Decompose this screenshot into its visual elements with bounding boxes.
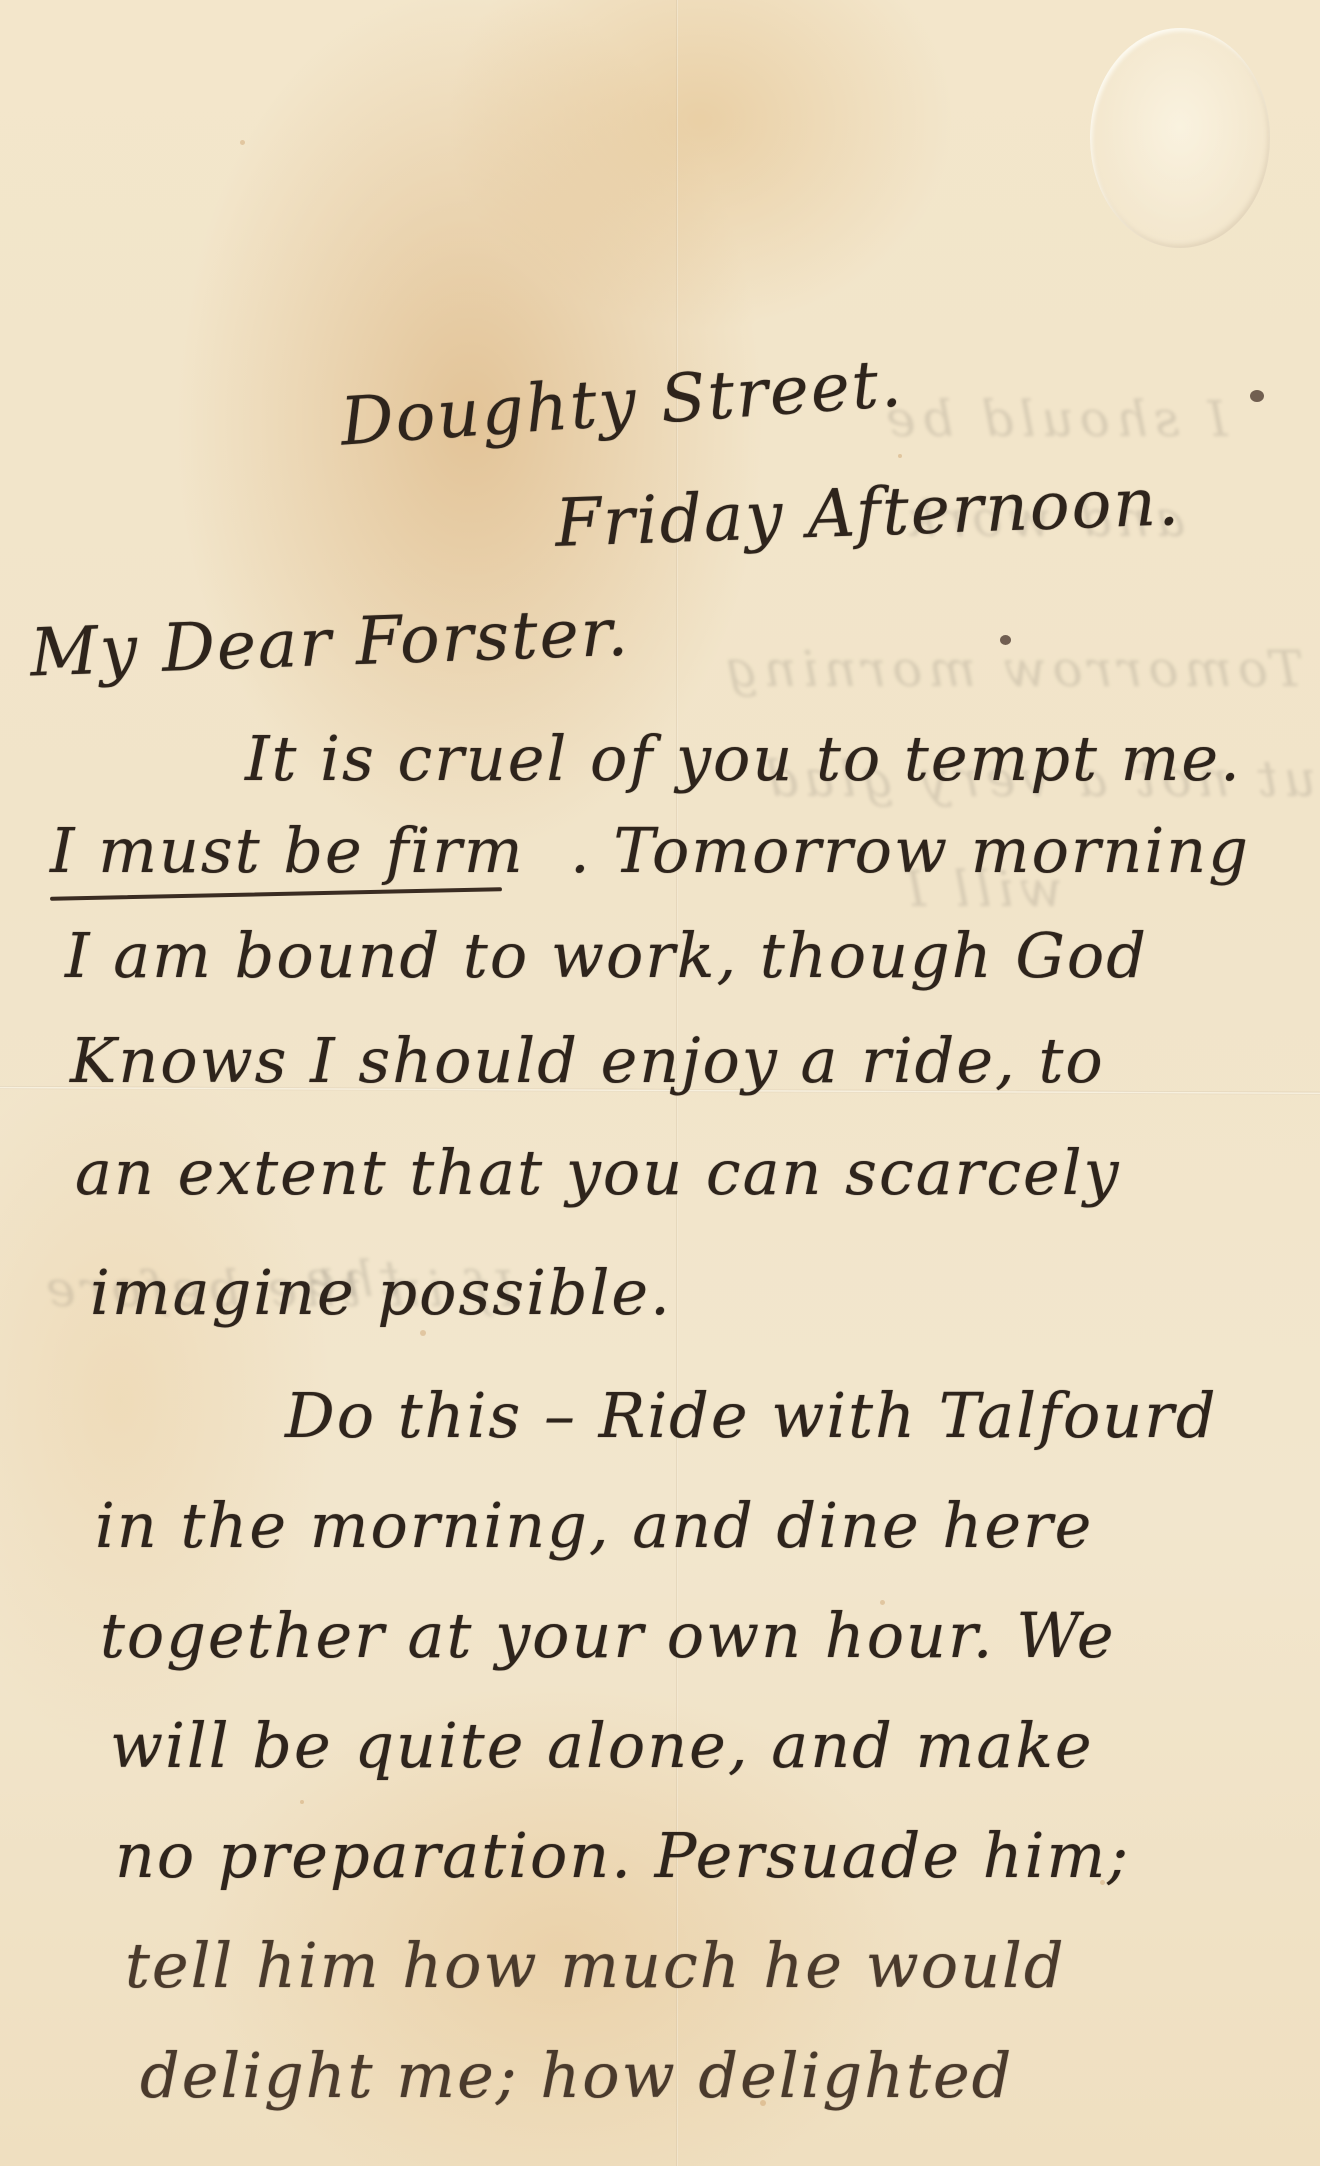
letter-line: Do this – Ride with Talfourd (285, 1385, 1218, 1447)
paper-speckle (420, 1330, 426, 1336)
paper-speckle (898, 454, 902, 458)
ink-blot (1000, 635, 1011, 645)
salutation: My Dear Forster. (29, 600, 631, 687)
letter-line: an extent that you can scarcely (75, 1142, 1121, 1204)
letter-line: tell him how much he would (125, 1935, 1066, 1997)
letter-line: . Tomorrow morning (570, 820, 1250, 882)
paper-speckle (300, 1800, 304, 1804)
letter-page: I should be and work work Tomorrow morni… (0, 0, 1320, 2166)
letter-line: Knows I should enjoy a ride, to (70, 1030, 1105, 1092)
letter-line: delight me; how delighted (140, 2045, 1013, 2107)
bleed-through-line: work Tomorrow morning (720, 640, 1320, 698)
letter-line: I am bound to work, though God (65, 925, 1148, 987)
ink-blot (1250, 390, 1264, 402)
letter-line: It is cruel of you to tempt me. (245, 728, 1242, 790)
letter-line: no preparation. Persuade him; (115, 1825, 1130, 1887)
letter-line: together at your own hour. We (100, 1605, 1116, 1667)
letter-line: will be quite alone, and make (110, 1715, 1094, 1777)
letter-line: imagine possible. (90, 1262, 672, 1324)
embossed-seal (1090, 28, 1270, 248)
letter-line: in the morning, and dine here (95, 1495, 1093, 1557)
letter-line-underlined: I must be firm (50, 820, 525, 882)
bleed-through-line: I should be (880, 390, 1227, 448)
paper-speckle (240, 140, 245, 145)
address-line: Doughty Street. (338, 350, 905, 455)
emphasis-underline (50, 887, 502, 900)
